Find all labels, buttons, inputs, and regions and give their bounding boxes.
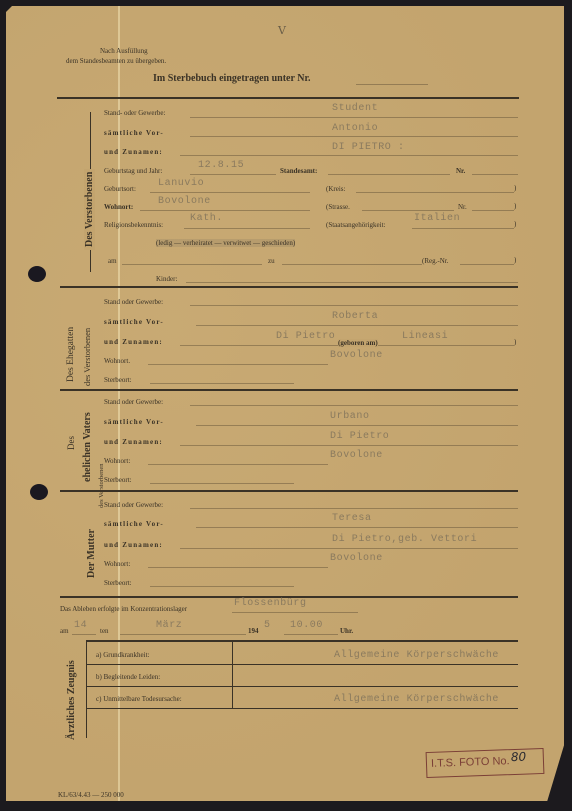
death-ten-label: ten [100,627,109,635]
birthdate-line [190,174,276,175]
street-close: ) [514,202,516,210]
section-label-father: ehelichen Vaters [82,412,93,482]
residence-line [140,210,310,211]
father-residence-label: Wohnort: [104,457,130,465]
mother-residence-label: Wohnort: [104,560,130,568]
section-label-mother: Der Mutter [86,529,97,578]
death-am-label: am [60,627,69,635]
marriage-date-label: am [108,257,117,265]
mother-surname-line [180,548,518,549]
spouse-first-names-value: Roberta [332,311,378,322]
instruction-line-1: Nach Ausfüllung [100,47,148,55]
spouse-first-names-line [196,325,518,326]
spouse-residence-value: Bovolone [330,350,383,361]
form-code: KL/63/4.43 — 250 000 [58,791,124,799]
district-label: (Kreis: [326,185,345,193]
camp-line [232,612,358,613]
father-surname-value: Di Pietro [330,431,389,442]
mother-occupation-label: Stand oder Gewerbe: [104,501,163,509]
birthdate-value: 12.8.15 [198,160,244,171]
punch-hole-top [28,266,46,282]
occupation-line [190,117,518,118]
medical-row-b-label: b) Begleitende Leiden: [96,673,160,681]
spouse-born-value: Lineasi [402,331,448,342]
mother-death-place-line [150,586,294,587]
registry-line [328,174,450,175]
marriage-place-label: zu [268,257,275,265]
punch-hole-bottom [30,484,48,500]
death-day-value: 14 [74,620,87,631]
page-title: Im Sterbebuch eingetragen unter Nr. [153,73,311,84]
medical-row-b-rule [86,686,518,687]
district-line [356,192,514,193]
section-divider-3 [60,490,518,492]
surname-value: DI PIETRO : [332,142,405,153]
spouse-death-place-line [150,383,294,384]
children-line [186,282,518,283]
mother-first-names-line [196,527,518,528]
father-residence-value: Bovolone [330,450,383,461]
religion-line [184,228,310,229]
mother-residence-value: Bovolone [330,553,383,564]
medical-top-rule [86,640,518,642]
spouse-occupation-line [190,305,518,306]
street-line [362,210,454,211]
occupation-value: Student [332,103,378,114]
registry-label: Standesamt: [280,167,317,175]
spouse-residence-label: Wohnort. [104,357,130,365]
nr-label: Nr. [456,167,465,175]
father-surname-label: und Zunamen: [104,438,163,446]
header-rule [57,97,519,99]
spouse-residence-line [148,364,328,365]
section-label-spouse-sub: des Verstorbenen [82,328,92,386]
reg-nr-close: ) [514,256,516,264]
medical-row-c-value: Allgemeine Körperschwäche [334,694,499,705]
mother-occupation-line [190,508,518,509]
death-uhr-label: Uhr. [340,627,353,635]
stamp-label: I.T.S. FOTO No. [431,755,510,770]
citizenship-label: (Staatsangehörigkeit: [326,221,385,229]
street-nr-line [472,210,514,211]
camp-value: Flossenbürg [234,598,307,609]
mother-surname-value: Di Pietro,geb. Vettori [332,534,477,545]
medical-column-divider [232,640,233,708]
father-occupation-label: Stand oder Gewerbe: [104,398,163,406]
nr-line [472,174,518,175]
first-names-line [190,136,518,137]
marriage-place-line [282,264,422,265]
father-first-names-line [196,425,518,426]
death-month-line [120,634,246,635]
medical-left-rule [86,640,87,738]
marital-status-options: (ledig — verheiratet — verwitwet — gesch… [156,239,295,247]
surname-line [180,155,518,156]
camp-label: Das Ableben erfolgte im Konzentrationsla… [60,605,187,613]
section-label-medical: Ärztliches Zeugnis [66,660,77,740]
register-number-line [356,84,428,85]
birthplace-label: Geburtsort: [104,185,136,193]
death-year-prefix: 194 [248,627,259,635]
father-residence-line [148,464,328,465]
birthplace-line [150,192,310,193]
residence-label: Wohnort: [104,203,133,211]
mother-residence-line [148,567,328,568]
mother-surname-label: und Zunamen: [104,541,163,549]
section-label-deceased: Des Verstorbenen [84,169,95,250]
spouse-surname-value: Di Pietro [276,331,335,342]
father-occupation-line [190,405,518,406]
mother-first-names-label: sämtliche Vor- [104,520,164,528]
residence-value: Bovolone [158,196,211,207]
father-death-place-label: Sterbeort: [104,476,132,484]
father-surname-line [180,445,518,446]
first-names-value: Antonio [332,123,378,134]
death-time-line [284,634,338,635]
medical-row-a-value: Allgemeine Körperschwäche [334,650,499,661]
section-label-father-des: Des [66,436,76,450]
medical-row-a-label: a) Grundkrankheit: [96,651,149,659]
birthplace-value: Lanuvio [158,178,204,189]
citizenship-value: Italien [414,213,460,224]
occupation-label: Stand- oder Gewerbe: [104,109,165,117]
birthdate-label: Geburtstag und Jahr: [104,167,162,175]
reg-nr-label: (Reg.-Nr. [422,257,448,265]
religion-value: Kath. [190,213,223,224]
section-label-spouse: Des Ehegatten [66,327,76,382]
district-close: ) [514,184,516,192]
religion-label: Religionsbekenntnis: [104,221,163,229]
death-time-value: 10.00 [290,620,323,631]
spouse-first-names-label: sämtliche Vor- [104,318,164,326]
medical-row-c-rule [86,708,518,709]
father-death-place-line [150,483,294,484]
reg-nr-line [460,264,514,265]
surname-label: und Zunamen: [104,148,163,156]
section-divider-1 [60,286,518,288]
spouse-born-close: ) [514,338,516,346]
death-month-value: März [156,620,182,631]
spouse-occupation-label: Stand oder Gewerbe: [104,298,163,306]
death-year-suffix: 5 [264,620,271,631]
section-divider-2 [60,389,518,391]
medical-row-a-rule [86,664,518,665]
medical-row-c-label: c) Unmittelbare Todesursache: [96,695,182,703]
citizenship-close: ) [514,220,516,228]
first-names-label: sämtliche Vor- [104,129,164,137]
death-day-line [72,634,96,635]
citizenship-line [412,228,514,229]
spouse-born-label: (geboren am) [338,339,378,347]
father-first-names-value: Urbano [330,411,370,422]
street-label: (Strasse. [326,203,350,211]
marriage-date-line [122,264,262,265]
stamp-number: 80 [511,750,527,765]
mother-death-place-label: Sterbeort: [104,579,132,587]
mother-first-names-value: Teresa [332,513,372,524]
check-mark: V [278,24,286,37]
spouse-death-place-label: Sterbeort: [104,376,132,384]
spouse-surname-label: und Zunamen: [104,338,163,346]
father-first-names-label: sämtliche Vor- [104,418,164,426]
instruction-line-2: dem Standesbeamten zu übergeben. [66,57,166,65]
children-label: Kinder: [156,275,177,283]
street-nr-label: Nr. [458,203,467,211]
its-photo-stamp: I.T.S. FOTO No. 80 [426,748,545,778]
